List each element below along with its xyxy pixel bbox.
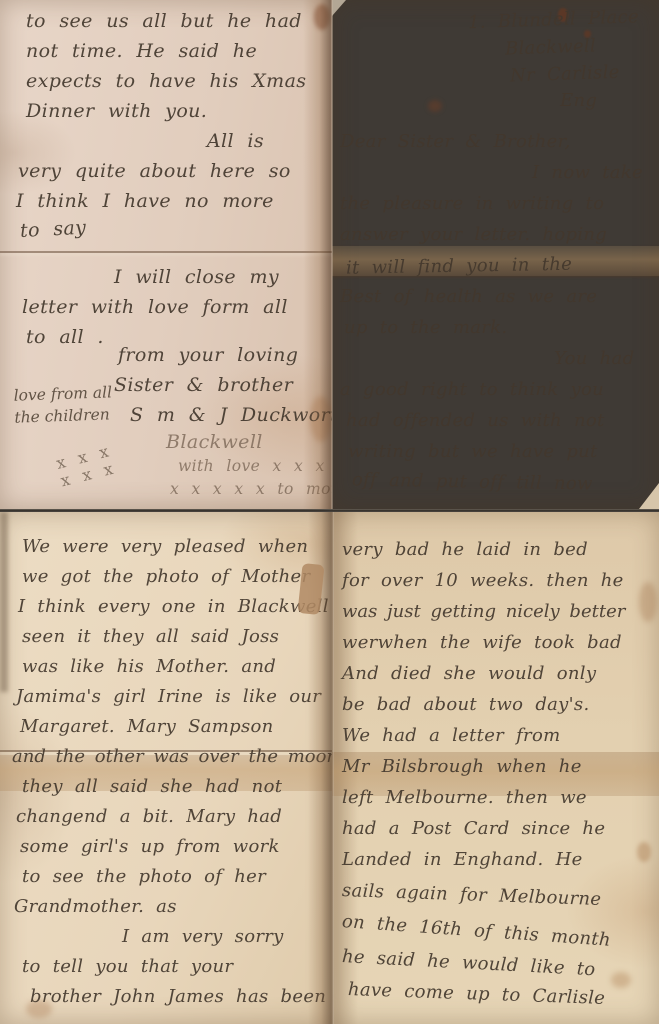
handwriting-line: All is <box>26 126 326 156</box>
handwriting-line: Landed in Enghand. He <box>342 844 654 875</box>
salutation: Dear Sister & Brother, <box>340 126 654 157</box>
handwriting-line: and the other was over the moon <box>12 742 328 772</box>
handwriting-line: Grandmother. as <box>14 892 328 922</box>
scan-sheet-top: to see us all but he had not time. He sa… <box>0 0 659 509</box>
handwriting-line: letter with love form all <box>22 292 326 322</box>
handwriting-line: I think every one in Blackwell <box>18 592 328 622</box>
panel-bottom-right: very bad he laid in bed for over 10 week… <box>332 512 659 1024</box>
handwriting-line: Margaret. Mary Sampson <box>20 712 328 742</box>
handwriting-line: seen it they all said Joss <box>22 622 328 652</box>
handwriting-line: from your loving <box>118 340 326 370</box>
handwriting-line: Sister & brother <box>114 370 326 400</box>
handwriting-block: 1. Blundell Place Blackwell Nr Carlisle … <box>340 6 654 498</box>
address-line: Nr Carlisle <box>510 57 655 89</box>
handwriting-line: was like his Mother. and <box>22 652 328 682</box>
handwriting-line: had a Post Card since he <box>342 813 654 844</box>
handwriting-line: a good right to think you <box>340 374 654 405</box>
handwriting-line: be bad about two day's. <box>342 689 654 720</box>
handwriting-line: Dinner with you. <box>26 96 326 126</box>
handwriting-line: expects to have his Xmas <box>26 66 326 96</box>
handwriting-line: changend a bit. Mary had <box>16 802 328 832</box>
edge-shadow <box>0 512 8 692</box>
handwriting-line: answer your letter. hoping <box>340 219 654 250</box>
handwriting-line: was just getting nicely better <box>342 596 654 627</box>
handwriting-line: werwhen the wife took bad <box>342 627 654 658</box>
panel-bottom-left: We were very pleased when we got the pho… <box>0 512 332 1024</box>
handwriting-line: the pleasure in writing to <box>340 188 654 219</box>
handwriting-line: to tell you that your <box>22 952 328 982</box>
handwriting-block: We were very pleased when we got the pho… <box>22 532 328 1012</box>
handwriting-line: You had <box>554 343 654 374</box>
handwriting-line: writing but we have put <box>348 436 654 467</box>
handwriting-line: off and put off till now <box>352 464 654 500</box>
margin-note: love from all the children <box>13 381 113 428</box>
handwriting-line: very quite about here so <box>18 156 326 186</box>
address-line: Eng <box>560 87 654 114</box>
handwriting-line: S m & J Duckworth <box>130 400 326 430</box>
handwriting-block: to see us all but he had not time. He sa… <box>26 6 326 501</box>
handwriting-line: We were very pleased when <box>22 532 328 562</box>
scan-sheet-bottom: We were very pleased when we got the pho… <box>0 512 659 1024</box>
handwriting-line: we got the photo of Mother <box>22 562 328 592</box>
handwriting-line: brother John James has been <box>30 982 328 1012</box>
handwriting-line: not time. He said he <box>26 36 326 66</box>
handwriting-line: to see the photo of her <box>22 862 328 892</box>
handwriting-line: had offended us with not <box>346 405 654 436</box>
letter-scan: to see us all but he had not time. He sa… <box>0 0 659 1024</box>
center-fold-shadow <box>303 0 333 509</box>
panel-top-right: 1. Blundell Place Blackwell Nr Carlisle … <box>332 0 659 509</box>
handwriting-line: Jamima's girl Irine is like our <box>16 682 328 712</box>
handwriting-line: some girl's up from work <box>20 832 328 862</box>
handwriting-line: I now take <box>532 157 654 188</box>
handwriting-line: Best of health as we are <box>340 281 654 312</box>
handwriting-line: very bad he laid in bed <box>342 534 654 565</box>
handwriting-line: left Melbourne. then we <box>342 782 654 813</box>
handwriting-line: We had a letter from <box>342 720 654 751</box>
handwriting-line: for over 10 weeks. then he <box>342 565 654 596</box>
panel-top-left: to see us all but he had not time. He sa… <box>0 0 332 509</box>
handwriting-block: very bad he laid in bed for over 10 week… <box>342 534 654 1005</box>
handwriting-line: they all said she had not <box>22 772 328 802</box>
handwriting-line: Blackwell <box>166 430 326 455</box>
handwriting-line: I am very sorry <box>122 922 328 952</box>
handwriting-line: Mr Bilsbrough when he <box>342 751 654 782</box>
handwriting-line: And died she would only <box>342 658 654 689</box>
handwriting-line: I will close my <box>114 262 326 292</box>
handwriting-line: it will find you in the <box>346 247 654 283</box>
handwriting-line: to see us all but he had <box>26 6 326 36</box>
handwriting-line: up to the mark. <box>344 312 654 343</box>
